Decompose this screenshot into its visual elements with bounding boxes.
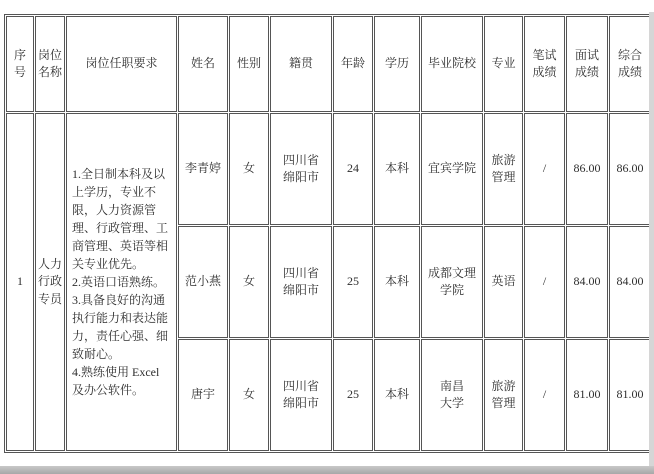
header-age: 年龄 (333, 16, 373, 112)
header-school: 毕业院校 (421, 16, 483, 112)
cell-gender: 女 (229, 113, 269, 225)
header-seq: 序 号 (6, 16, 34, 112)
cell-major: 英语 (484, 226, 523, 338)
cell-native-place: 四川省 绵阳市 (270, 113, 332, 225)
cell-major: 旅游 管理 (484, 113, 523, 225)
cell-written-score: / (524, 339, 565, 451)
cell-written-score: / (524, 113, 565, 225)
cell-native-place: 四川省 绵阳市 (270, 226, 332, 338)
header-requirements: 岗位任职要求 (66, 16, 177, 112)
cell-education: 本科 (374, 339, 420, 451)
header-gender: 性别 (229, 16, 269, 112)
table-row: 1 人力 行政 专员 1.全日制本科及以上学历，专业不限，人力资源管理、行政管理… (6, 113, 654, 225)
cell-requirements: 1.全日制本科及以上学历，专业不限，人力资源管理、行政管理、工商管理、英语等相关… (66, 113, 177, 451)
header-position-name: 岗位 名称 (35, 16, 65, 112)
header-education: 学历 (374, 16, 420, 112)
cell-overall-score: 86.00 (609, 113, 651, 225)
cell-gender: 女 (229, 226, 269, 338)
header-interview-score: 面试 成绩 (566, 16, 608, 112)
scan-edge-shadow-right (649, 12, 654, 466)
cell-education: 本科 (374, 226, 420, 338)
scanned-document-page: 序 号 岗位 名称 岗位任职要求 姓名 性别 籍贯 年龄 学历 毕业院校 专业 … (0, 0, 654, 474)
table-header-row: 序 号 岗位 名称 岗位任职要求 姓名 性别 籍贯 年龄 学历 毕业院校 专业 … (6, 16, 654, 112)
cell-written-score: / (524, 226, 565, 338)
cell-interview-score: 81.00 (566, 339, 608, 451)
cell-school: 宜宾学院 (421, 113, 483, 225)
cell-school: 南昌 大学 (421, 339, 483, 451)
header-major: 专业 (484, 16, 523, 112)
cell-position-name: 人力 行政 专员 (35, 113, 65, 451)
cell-overall-score: 84.00 (609, 226, 651, 338)
cell-seq: 1 (6, 113, 34, 451)
cell-education: 本科 (374, 113, 420, 225)
recruitment-results-table: 序 号 岗位 名称 岗位任职要求 姓名 性别 籍贯 年龄 学历 毕业院校 专业 … (4, 14, 654, 453)
cell-school: 成都文理 学院 (421, 226, 483, 338)
cell-native-place: 四川省 绵阳市 (270, 339, 332, 451)
cell-major: 旅游 管理 (484, 339, 523, 451)
cell-age: 25 (333, 226, 373, 338)
cell-age: 24 (333, 113, 373, 225)
header-overall-score: 综合 成绩 (609, 16, 651, 112)
header-native-place: 籍贯 (270, 16, 332, 112)
header-name: 姓名 (178, 16, 228, 112)
header-written-score: 笔试 成绩 (524, 16, 565, 112)
cell-overall-score: 81.00 (609, 339, 651, 451)
cell-interview-score: 84.00 (566, 226, 608, 338)
cell-name: 唐宇 (178, 339, 228, 451)
cell-name: 范小燕 (178, 226, 228, 338)
cell-interview-score: 86.00 (566, 113, 608, 225)
cell-gender: 女 (229, 339, 269, 451)
cell-age: 25 (333, 339, 373, 451)
scan-edge-shadow-bottom (0, 466, 654, 474)
cell-name: 李青婷 (178, 113, 228, 225)
